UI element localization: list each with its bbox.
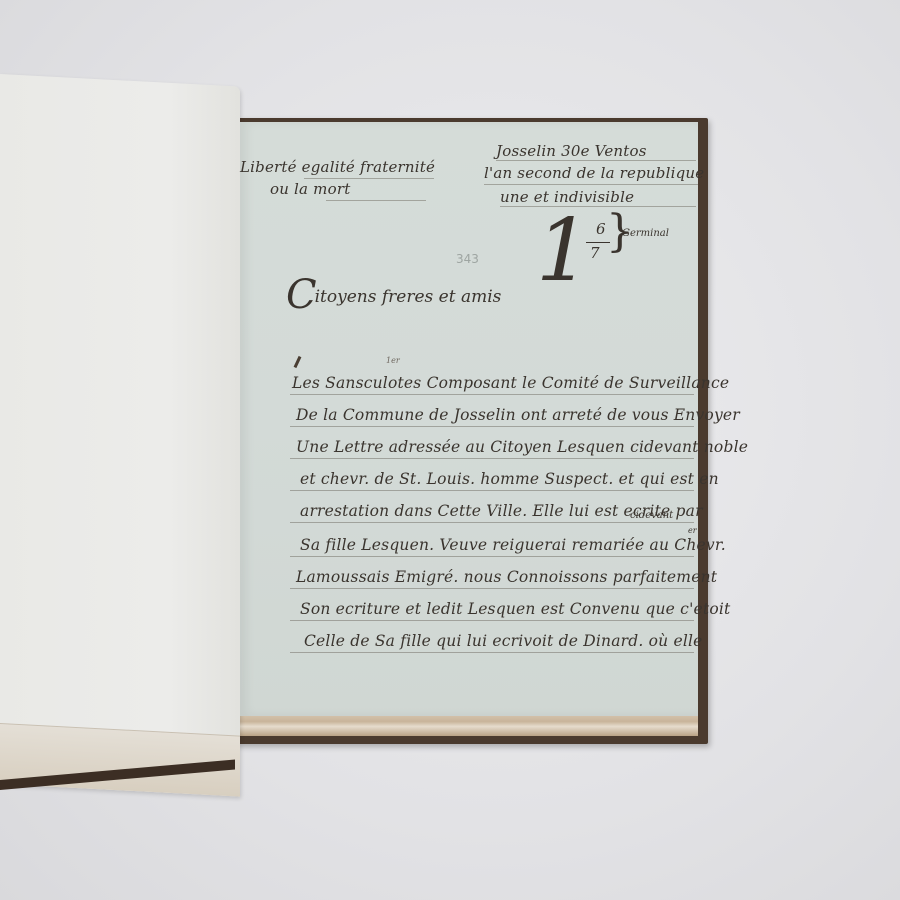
line-rule	[290, 620, 694, 621]
left-blank-page	[0, 74, 240, 797]
date-annotation: 1 6 7 } Germinal	[536, 214, 676, 324]
body-line: Celle de Sa fille qui lui ecrivoit de Di…	[304, 632, 703, 650]
manuscript-page: Liberté egalité fraternité ou la mort Jo…	[240, 122, 698, 716]
header-rule	[500, 206, 696, 207]
line-rule	[290, 588, 694, 589]
body-line: Les Sansculotes Composant le Comité de S…	[292, 374, 729, 392]
header-rule	[304, 178, 434, 179]
margin-note: 1er	[386, 356, 400, 365]
date-fraction-bottom: 7	[590, 244, 600, 262]
header-year: l'an second de la republique	[484, 164, 704, 182]
header-rule	[496, 160, 696, 161]
salutation: Citoyens freres et amis	[286, 272, 501, 318]
date-numeral: 1	[536, 208, 591, 294]
line-rule	[290, 458, 694, 459]
line-rule	[290, 556, 694, 557]
body-line: et chevr. de St. Louis. homme Suspect. e…	[300, 470, 719, 488]
interlinear-superscript: er	[688, 526, 697, 535]
body-line: De la Commune de Josselin ont arreté de …	[296, 406, 740, 424]
pencil-archive-number: 343	[456, 252, 479, 266]
line-rule	[290, 490, 694, 491]
header-rule	[484, 184, 698, 185]
line-rule	[290, 522, 694, 523]
photo-scene: Liberté egalité fraternité ou la mort Jo…	[0, 0, 900, 900]
date-fraction-top: 6	[596, 220, 606, 238]
salutation-text: itoyens freres et amis	[315, 287, 502, 307]
line-rule	[290, 652, 694, 653]
ink-margin-mark	[294, 356, 302, 368]
body-line: Son ecriture et ledit Lesquen est Conven…	[300, 600, 730, 618]
body-line: arrestation dans Cette Ville. Elle lui e…	[300, 502, 703, 520]
body-line: Sa fille Lesquen. Veuve reiguerai remari…	[300, 536, 726, 554]
date-month: Germinal	[622, 228, 669, 239]
body-line: Une Lettre adressée au Citoyen Lesquen c…	[296, 438, 748, 456]
header-motto-line1: Liberté egalité fraternité	[240, 158, 435, 176]
line-rule	[290, 426, 694, 427]
header-motto-line2: ou la mort	[270, 180, 350, 198]
salutation-initial: C	[286, 272, 317, 318]
header-place-date: Josselin 30e Ventos	[496, 142, 647, 160]
header-rule	[326, 200, 426, 201]
body-line: Lamoussais Emigré. nous Connoissons parf…	[296, 568, 717, 586]
line-rule	[290, 394, 694, 395]
